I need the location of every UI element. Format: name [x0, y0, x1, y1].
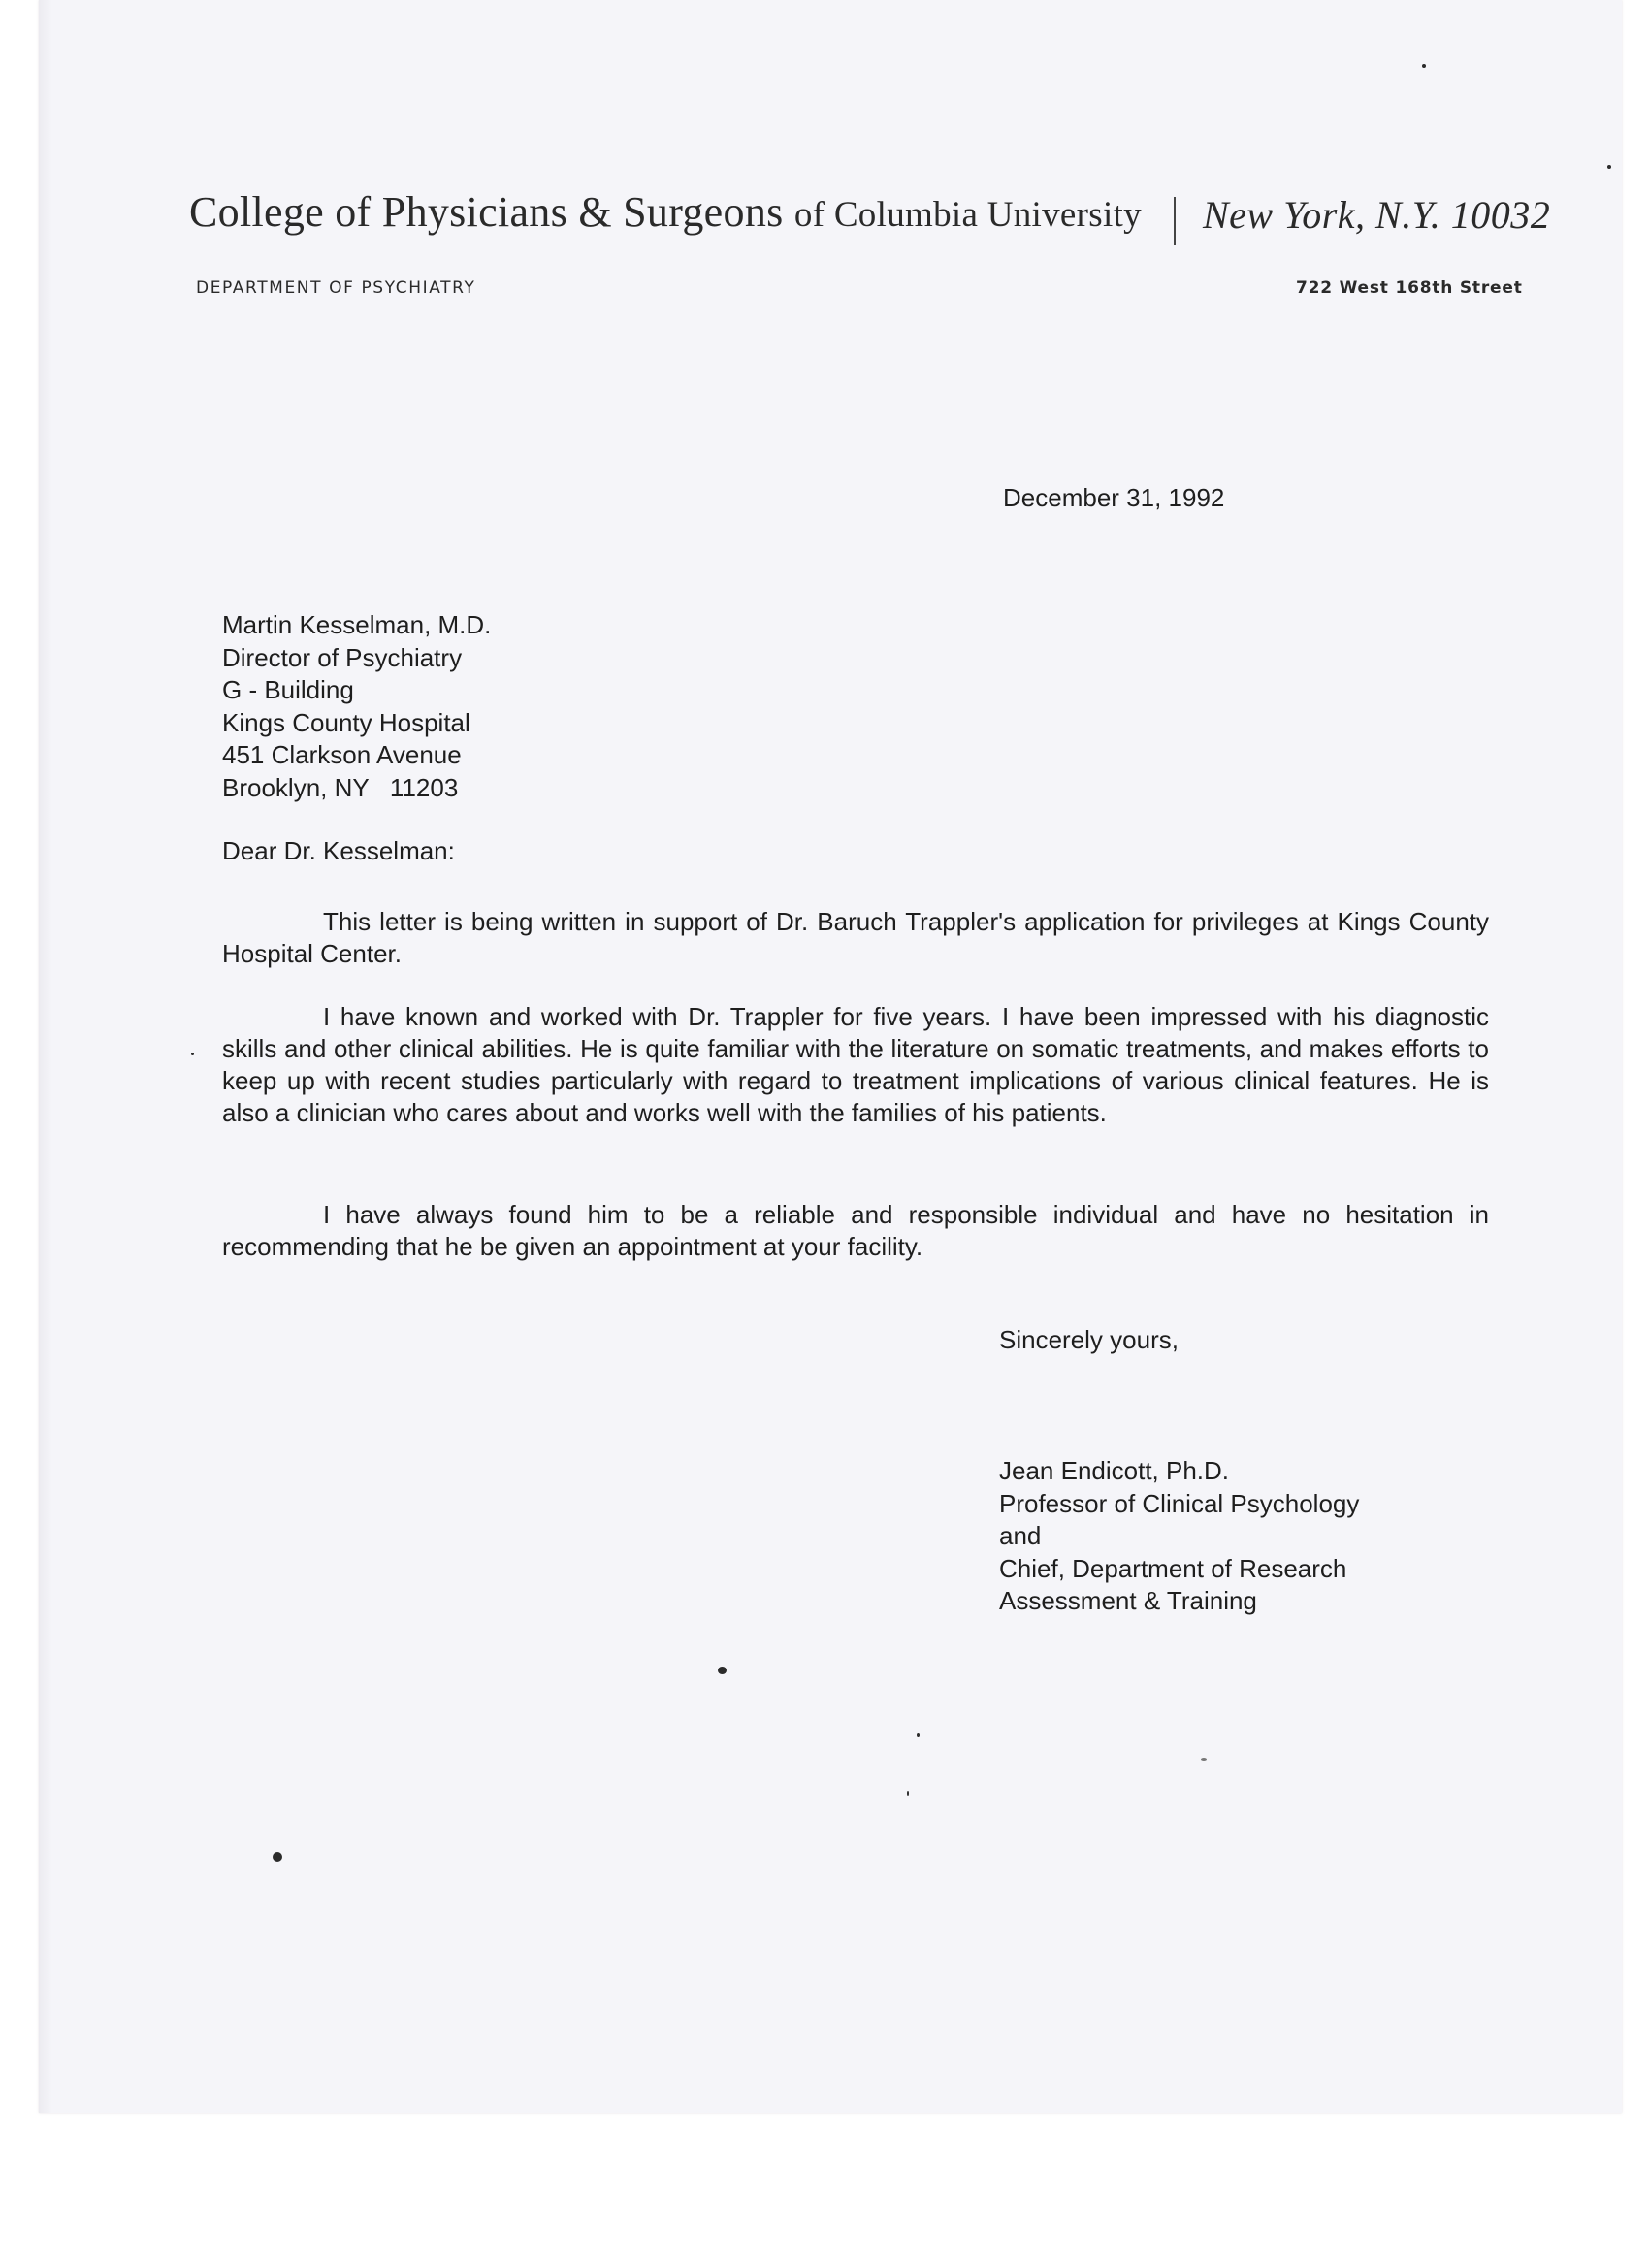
letterhead-institution: College of Physicians & Surgeons of Colu…: [189, 187, 1142, 237]
letterhead-city: New York, N.Y. 10032: [1203, 192, 1550, 238]
recipient-line: Brooklyn, NY 11203: [222, 772, 491, 805]
letterhead-divider: [1174, 197, 1176, 245]
scan-speck: [191, 1053, 194, 1055]
letterhead-institution-main: College of Physicians & Surgeons: [189, 188, 784, 236]
signature-name: Jean Endicott, Ph.D.: [999, 1455, 1359, 1488]
recipient-line: 451 Clarkson Avenue: [222, 739, 491, 772]
letterhead-department: DEPARTMENT OF PSYCHIATRY: [196, 278, 475, 298]
body-paragraph: I have known and worked with Dr. Trapple…: [222, 1001, 1489, 1129]
signature-title: Chief, Department of Research: [999, 1553, 1359, 1586]
scan-speck: [1607, 165, 1611, 169]
letterhead-institution-university: of Columbia University: [794, 195, 1142, 235]
recipient-line: Director of Psychiatry: [222, 642, 491, 675]
body-paragraph: This letter is being written in support …: [222, 906, 1489, 970]
signature-title: Assessment & Training: [999, 1585, 1359, 1618]
body-paragraph: I have always found him to be a reliable…: [222, 1199, 1489, 1263]
recipient-line: Kings County Hospital: [222, 707, 491, 740]
letter-date: December 31, 1992: [1003, 483, 1224, 513]
scan-speck: [907, 1791, 909, 1796]
signature-title: and: [999, 1520, 1359, 1553]
scan-speck: [273, 1852, 282, 1862]
scan-speck: [1422, 64, 1426, 68]
signature-block: Jean Endicott, Ph.D. Professor of Clinic…: [999, 1455, 1359, 1618]
scan-speck: [1201, 1758, 1207, 1761]
recipient-line: Martin Kesselman, M.D.: [222, 609, 491, 642]
letterhead-street: 722 West 168th Street: [1296, 278, 1523, 298]
salutation: Dear Dr. Kesselman:: [222, 836, 455, 866]
signature-title: Professor of Clinical Psychology: [999, 1488, 1359, 1521]
scan-speck: [718, 1667, 727, 1674]
recipient-line: G - Building: [222, 674, 491, 707]
recipient-address: Martin Kesselman, M.D. Director of Psych…: [222, 609, 491, 804]
closing: Sincerely yours,: [999, 1325, 1179, 1355]
scan-speck: [917, 1733, 920, 1737]
